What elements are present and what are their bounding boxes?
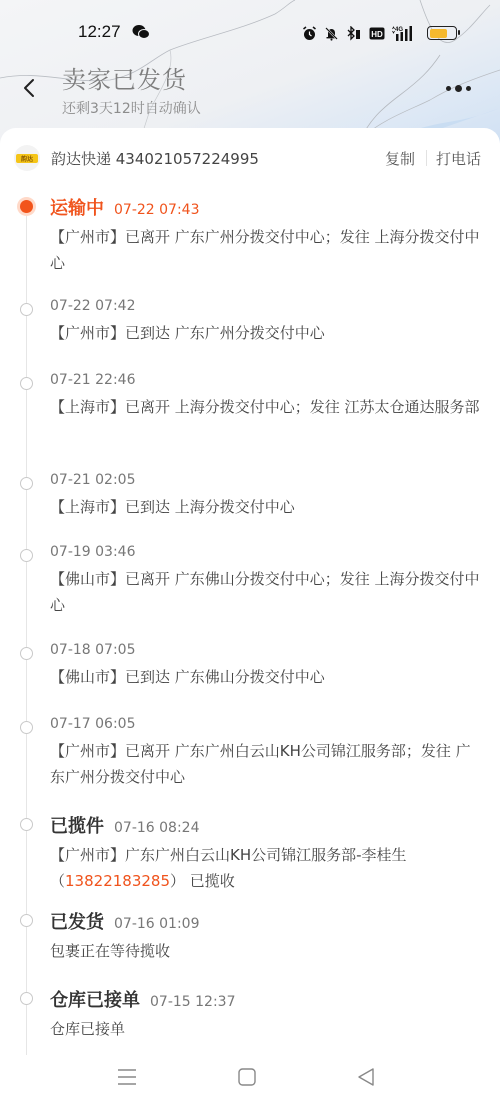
timeline-time: 07-16 08:24 bbox=[114, 820, 199, 836]
timeline-time: 07-22 07:43 bbox=[114, 202, 199, 218]
menu-icon bbox=[117, 1067, 137, 1087]
timeline-desc: 【广州市】已离开 广东广州分拨交付中心；发往 上海分拨交付中心 bbox=[50, 224, 480, 276]
timeline-desc: 【佛山市】已离开 广东佛山分拨交付中心；发往 上海分拨交付中心 bbox=[50, 566, 480, 618]
divider bbox=[426, 150, 427, 166]
status-bar: 12:27 HD 4G bbox=[0, 18, 500, 48]
timeline-status: 已发货 bbox=[50, 908, 104, 934]
status-time: 12:27 bbox=[78, 22, 121, 42]
page-title: 卖家已发货 bbox=[62, 60, 187, 95]
svg-text:HD: HD bbox=[371, 30, 383, 39]
courier-phone-link[interactable]: 13822183285 bbox=[65, 872, 170, 890]
system-back-button[interactable] bbox=[356, 1067, 376, 1091]
timeline-dot-icon bbox=[20, 647, 33, 660]
timeline-dot-icon bbox=[20, 721, 33, 734]
timeline-dot-icon bbox=[20, 549, 33, 562]
timeline-desc-suffix: ） 已揽收 bbox=[170, 872, 235, 890]
timeline-dot-icon bbox=[20, 818, 33, 831]
timeline-dot-icon bbox=[20, 914, 33, 927]
copy-button[interactable]: 复制 bbox=[385, 148, 415, 169]
alarm-icon bbox=[302, 26, 317, 41]
timeline-dot-active-icon bbox=[17, 197, 36, 216]
more-dots-icon bbox=[466, 86, 471, 91]
timeline-desc: 【广州市】广东广州白云山KH公司锦江服务部-李桂生（13822183285） 已… bbox=[50, 842, 480, 894]
more-button[interactable] bbox=[440, 80, 476, 96]
timeline-time: 07-22 07:42 bbox=[50, 298, 135, 314]
timeline-line bbox=[26, 208, 27, 1058]
timeline-time: 07-16 01:09 bbox=[114, 916, 199, 932]
chevron-left-icon bbox=[18, 76, 42, 100]
timeline-status: 已揽件 bbox=[50, 812, 104, 838]
wechat-icon bbox=[132, 24, 150, 40]
timeline-desc: 【上海市】已到达 上海分拨交付中心 bbox=[50, 494, 480, 520]
battery-level bbox=[430, 29, 448, 38]
timeline-time: 07-15 12:37 bbox=[150, 994, 235, 1010]
yunda-logo-icon: 韵达 bbox=[16, 154, 38, 163]
home-square-icon bbox=[237, 1067, 257, 1087]
timeline-desc: 【广州市】已到达 广东广州分拨交付中心 bbox=[50, 320, 480, 346]
timeline-dot-icon bbox=[20, 303, 33, 316]
back-button[interactable] bbox=[18, 76, 42, 100]
carrier-tracking-number: 韵达快递 434021057224995 bbox=[51, 148, 259, 169]
timeline-dot-icon bbox=[20, 992, 33, 1005]
more-dots-icon bbox=[446, 86, 451, 91]
bluetooth-icon bbox=[346, 26, 362, 41]
carrier-logo: 韵达 bbox=[14, 145, 40, 171]
status-icons: HD 4G bbox=[302, 22, 418, 44]
timeline-status: 运输中 bbox=[50, 194, 104, 220]
timeline-time: 07-21 02:05 bbox=[50, 472, 135, 488]
timeline-desc: 【佛山市】已到达 广东佛山分拨交付中心 bbox=[50, 664, 480, 690]
timeline-desc: 包裹正在等待揽收 bbox=[50, 938, 480, 964]
timeline-time: 07-19 03:46 bbox=[50, 544, 135, 560]
timeline-dot-icon bbox=[20, 477, 33, 490]
call-button[interactable]: 打电话 bbox=[436, 148, 481, 169]
timeline-desc: 【广州市】已离开 广东广州白云山KH公司锦江服务部；发往 广东广州分拨交付中心 bbox=[50, 738, 480, 790]
system-nav-bar bbox=[0, 1055, 500, 1097]
page-subtitle: 还剩3天12时自动确认 bbox=[62, 98, 201, 118]
back-triangle-icon bbox=[356, 1067, 376, 1087]
timeline-desc: 【上海市】已离开 上海分拨交付中心；发往 江苏太仓通达服务部 bbox=[50, 394, 480, 420]
home-button[interactable] bbox=[237, 1067, 257, 1091]
timeline-status: 仓库已接单 bbox=[50, 986, 140, 1012]
4g-signal-icon: 4G bbox=[392, 25, 418, 41]
timeline-time: 07-18 07:05 bbox=[50, 642, 135, 658]
hd-icon: HD bbox=[369, 27, 385, 40]
battery-tip bbox=[458, 30, 460, 35]
carrier-row: 韵达 韵达快递 434021057224995 复制 打电话 bbox=[0, 128, 500, 186]
more-dots-icon bbox=[455, 85, 462, 92]
timeline-time: 07-21 22:46 bbox=[50, 372, 135, 388]
timeline-desc: 仓库已接单 bbox=[50, 1016, 480, 1042]
battery-icon bbox=[427, 26, 457, 40]
timeline-time: 07-17 06:05 bbox=[50, 716, 135, 732]
menu-button[interactable] bbox=[117, 1067, 137, 1091]
logistics-card: 韵达 韵达快递 434021057224995 复制 打电话 运输中 07-22… bbox=[0, 128, 500, 1097]
mute-icon bbox=[324, 26, 339, 41]
timeline-dot-icon bbox=[20, 377, 33, 390]
